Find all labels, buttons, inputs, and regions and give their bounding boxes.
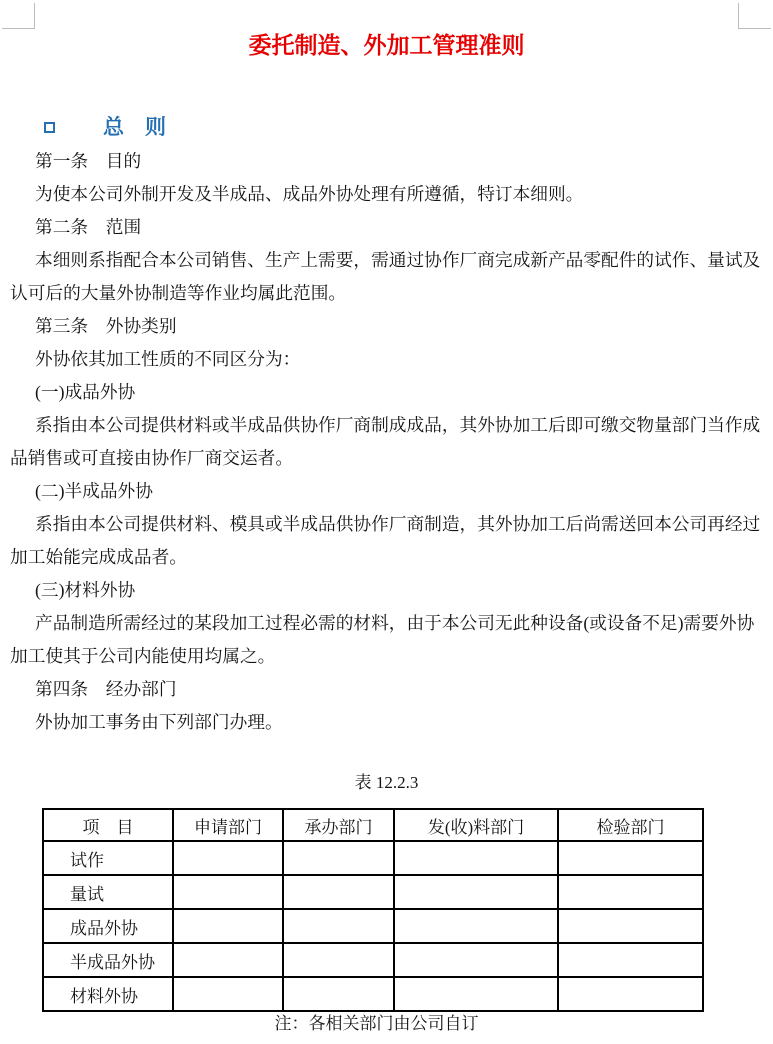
paragraph: 外协加工事务由下列部门办理。: [10, 706, 765, 739]
paragraph: 第四条 经办部门: [10, 673, 765, 706]
row-label: 成品外协: [43, 909, 173, 943]
empty-cell: [558, 943, 703, 977]
hollow-square-icon: [44, 122, 55, 133]
paragraph: (二)半成品外协: [10, 475, 765, 508]
empty-cell: [283, 977, 394, 1011]
empty-cell: [283, 875, 394, 909]
column-header-requesting: 申请部门: [173, 809, 283, 841]
empty-cell: [394, 841, 558, 875]
empty-cell: [558, 909, 703, 943]
empty-cell: [558, 841, 703, 875]
department-table: 项 目 申请部门 承办部门 发(收)料部门 检验部门 试作 量试 成品外协: [42, 808, 704, 1012]
paragraph: 第一条 目的: [10, 145, 765, 178]
empty-cell: [173, 875, 283, 909]
empty-cell: [558, 977, 703, 1011]
table-row: 材料外协: [43, 977, 703, 1011]
crop-mark-top-left-icon: [2, 3, 35, 29]
empty-cell: [558, 875, 703, 909]
empty-cell: [173, 943, 283, 977]
table-header-row: 项 目 申请部门 承办部门 发(收)料部门 检验部门: [43, 809, 703, 841]
row-label: 试作: [43, 841, 173, 875]
empty-cell: [283, 943, 394, 977]
empty-cell: [394, 977, 558, 1011]
paragraph: 系指由本公司提供材料或半成品供协作厂商制成成品，其外协加工后即可缴交物量部门当作…: [10, 409, 765, 475]
column-header-handling: 承办部门: [283, 809, 394, 841]
empty-cell: [283, 909, 394, 943]
section-heading: 总 则: [44, 113, 166, 143]
crop-mark-top-right-icon: [738, 3, 771, 29]
paragraph: 产品制造所需经过的某段加工过程必需的材料，由于本公司无此种设备(或设备不足)需要…: [10, 607, 765, 673]
paragraph: (三)材料外协: [10, 574, 765, 607]
row-label: 半成品外协: [43, 943, 173, 977]
row-label: 材料外协: [43, 977, 173, 1011]
paragraph: 第三条 外协类别: [10, 310, 765, 343]
document-body: 第一条 目的 为使本公司外制开发及半成品、成品外协处理有所遵循，特订本细则。 第…: [10, 145, 765, 739]
row-label: 量试: [43, 875, 173, 909]
table-row: 试作: [43, 841, 703, 875]
paragraph: 为使本公司外制开发及半成品、成品外协处理有所遵循，特订本细则。: [10, 178, 765, 211]
paragraph: 本细则系指配合本公司销售、生产上需要，需通过协作厂商完成新产品零配件的试作、量试…: [10, 244, 765, 310]
table-row: 成品外协: [43, 909, 703, 943]
paragraph: 系指由本公司提供材料、模具或半成品供协作厂商制造，其外协加工后尚需送回本公司再经…: [10, 508, 765, 574]
empty-cell: [394, 875, 558, 909]
column-header-materials: 发(收)料部门: [394, 809, 558, 841]
table-row: 量试: [43, 875, 703, 909]
empty-cell: [283, 841, 394, 875]
empty-cell: [173, 841, 283, 875]
empty-cell: [173, 977, 283, 1011]
empty-cell: [173, 909, 283, 943]
empty-cell: [394, 943, 558, 977]
paragraph: 第二条 范围: [10, 211, 765, 244]
table-row: 半成品外协: [43, 943, 703, 977]
empty-cell: [394, 909, 558, 943]
paragraph: (一)成品外协: [10, 376, 765, 409]
column-header-inspection: 检验部门: [558, 809, 703, 841]
table-caption: 表 12.2.3: [0, 766, 773, 799]
paragraph: 外协依其加工性质的不同区分为：: [10, 343, 765, 376]
column-header-item: 项 目: [43, 809, 173, 841]
section-heading-label: 总 则: [103, 116, 166, 139]
footnote: 注：各相关部门由公司自订: [0, 1012, 753, 1036]
page-title: 委托制造、外加工管理准则: [0, 27, 773, 60]
